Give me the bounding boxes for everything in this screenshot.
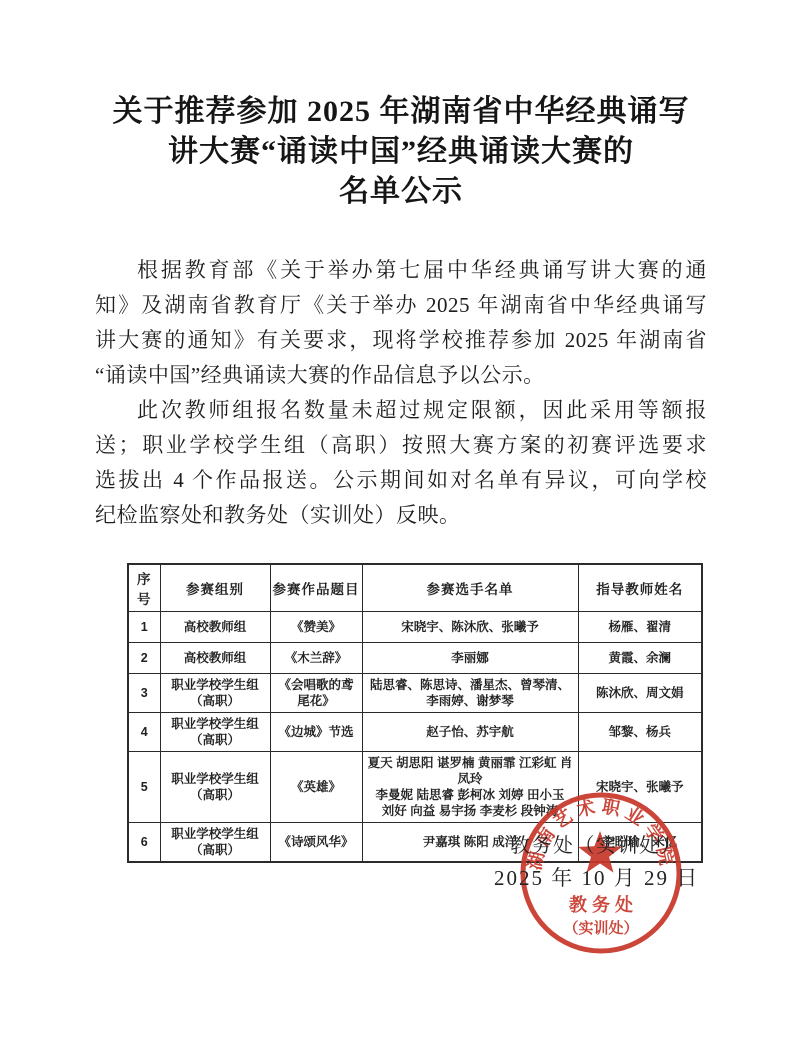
table-header-row: 序号 参赛组别 参赛作品题目 参赛选手名单 指导教师姓名	[128, 564, 702, 612]
p2-line-4: 纪检监察处和教务处（实训处）反映。	[95, 498, 707, 533]
cell-no: 2	[128, 643, 160, 674]
cell-teachers: 杨雁、翟清	[578, 612, 702, 643]
paragraph-2: 此次教师组报名数量未超过规定限额，因此采用等额报 送；职业学校学生组（高职）按照…	[95, 393, 707, 533]
table-row-4: 4 职业学校学生组（高职） 《边城》节选 赵子怡、苏宇航 邹黎、杨兵	[128, 713, 702, 752]
cell-group: 职业学校学生组（高职）	[160, 823, 270, 863]
cell-teachers: 黄霞、余澜	[578, 643, 702, 674]
seal-inner-line2: （实训处）	[563, 919, 638, 937]
document-content: 关于推荐参加 2025 年湖南省中华经典诵写 讲大赛“诵读中国”经典诵读大赛的 …	[95, 92, 707, 863]
cell-teachers: 陈沐欣、周文娟	[578, 674, 702, 713]
title-line-3: 名单公示	[95, 172, 707, 212]
table-row-1: 1 高校教师组 《赞美》 宋晓宇、陈沐欣、张曦予 杨雁、翟清	[128, 612, 702, 643]
cell-no: 1	[128, 612, 160, 643]
col-header-no: 序号	[128, 564, 160, 612]
cell-no: 3	[128, 674, 160, 713]
title-line-2: 讲大赛“诵读中国”经典诵读大赛的	[95, 132, 707, 172]
col-header-work: 参赛作品题目	[270, 564, 362, 612]
cell-contestants: 陆思睿、陈思诗、潘星杰、曾琴清、李雨婷、谢梦琴	[362, 674, 578, 713]
seal-inner-line1: 教 务 处	[568, 894, 633, 915]
document-body: 根据教育部《关于举办第七届中华经典诵写讲大赛的通 知》及湖南省教育厅《关于举办 …	[95, 253, 707, 533]
cell-teachers: 邹黎、杨兵	[578, 713, 702, 752]
cell-contestants: 宋晓宇、陈沐欣、张曦予	[362, 612, 578, 643]
cell-group: 高校教师组	[160, 643, 270, 674]
cell-work: 《边城》节选	[270, 713, 362, 752]
p2-line-2: 送；职业学校学生组（高职）按照大赛方案的初赛评选要求	[95, 428, 707, 463]
cell-work: 《木兰辞》	[270, 643, 362, 674]
table-row-2: 2 高校教师组 《木兰辞》 李丽娜 黄霞、余澜	[128, 643, 702, 674]
col-header-group: 参赛组别	[160, 564, 270, 612]
cell-work: 《诗颂风华》	[270, 823, 362, 863]
p1-line-4: “诵读中国”经典诵读大赛的作品信息予以公示。	[95, 358, 707, 393]
cell-group: 职业学校学生组（高职）	[160, 752, 270, 823]
col-header-teachers: 指导教师姓名	[578, 564, 702, 612]
col-header-contestants: 参赛选手名单	[362, 564, 578, 612]
p1-line-2: 知》及湖南省教育厅《关于举办 2025 年湖南省中华经典诵写	[95, 288, 707, 323]
cell-group: 高校教师组	[160, 612, 270, 643]
cell-work: 《赞美》	[270, 612, 362, 643]
paragraph-1: 根据教育部《关于举办第七届中华经典诵写讲大赛的通 知》及湖南省教育厅《关于举办 …	[95, 253, 707, 393]
cell-work: 《会唱歌的鸢尾花》	[270, 674, 362, 713]
cell-group: 职业学校学生组（高职）	[160, 674, 270, 713]
p2-line-3: 选拔出 4 个作品报送。公示期间如对名单有异议，可向学校	[95, 463, 707, 498]
document-title: 关于推荐参加 2025 年湖南省中华经典诵写 讲大赛“诵读中国”经典诵读大赛的 …	[95, 92, 707, 212]
p1-line-3: 讲大赛的通知》有关要求，现将学校推荐参加 2025 年湖南省	[95, 323, 707, 358]
cell-no: 6	[128, 823, 160, 863]
signature-date: 2025 年 10 月 29 日	[494, 862, 699, 892]
cell-group: 职业学校学生组（高职）	[160, 713, 270, 752]
announcement-document: 关于推荐参加 2025 年湖南省中华经典诵写 讲大赛“诵读中国”经典诵读大赛的 …	[0, 0, 800, 1040]
cell-no: 5	[128, 752, 160, 823]
signature-department: 教务处（实训处）	[510, 829, 682, 858]
cell-no: 4	[128, 713, 160, 752]
title-line-1: 关于推荐参加 2025 年湖南省中华经典诵写	[95, 92, 707, 132]
cell-work: 《英雄》	[270, 752, 362, 823]
cell-contestants: 李丽娜	[362, 643, 578, 674]
p2-line-1: 此次教师组报名数量未超过规定限额，因此采用等额报	[95, 393, 707, 428]
cell-contestants: 赵子怡、苏宇航	[362, 713, 578, 752]
p1-line-1: 根据教育部《关于举办第七届中华经典诵写讲大赛的通	[95, 253, 707, 288]
table-row-3: 3 职业学校学生组（高职） 《会唱歌的鸢尾花》 陆思睿、陈思诗、潘星杰、曾琴清、…	[128, 674, 702, 713]
